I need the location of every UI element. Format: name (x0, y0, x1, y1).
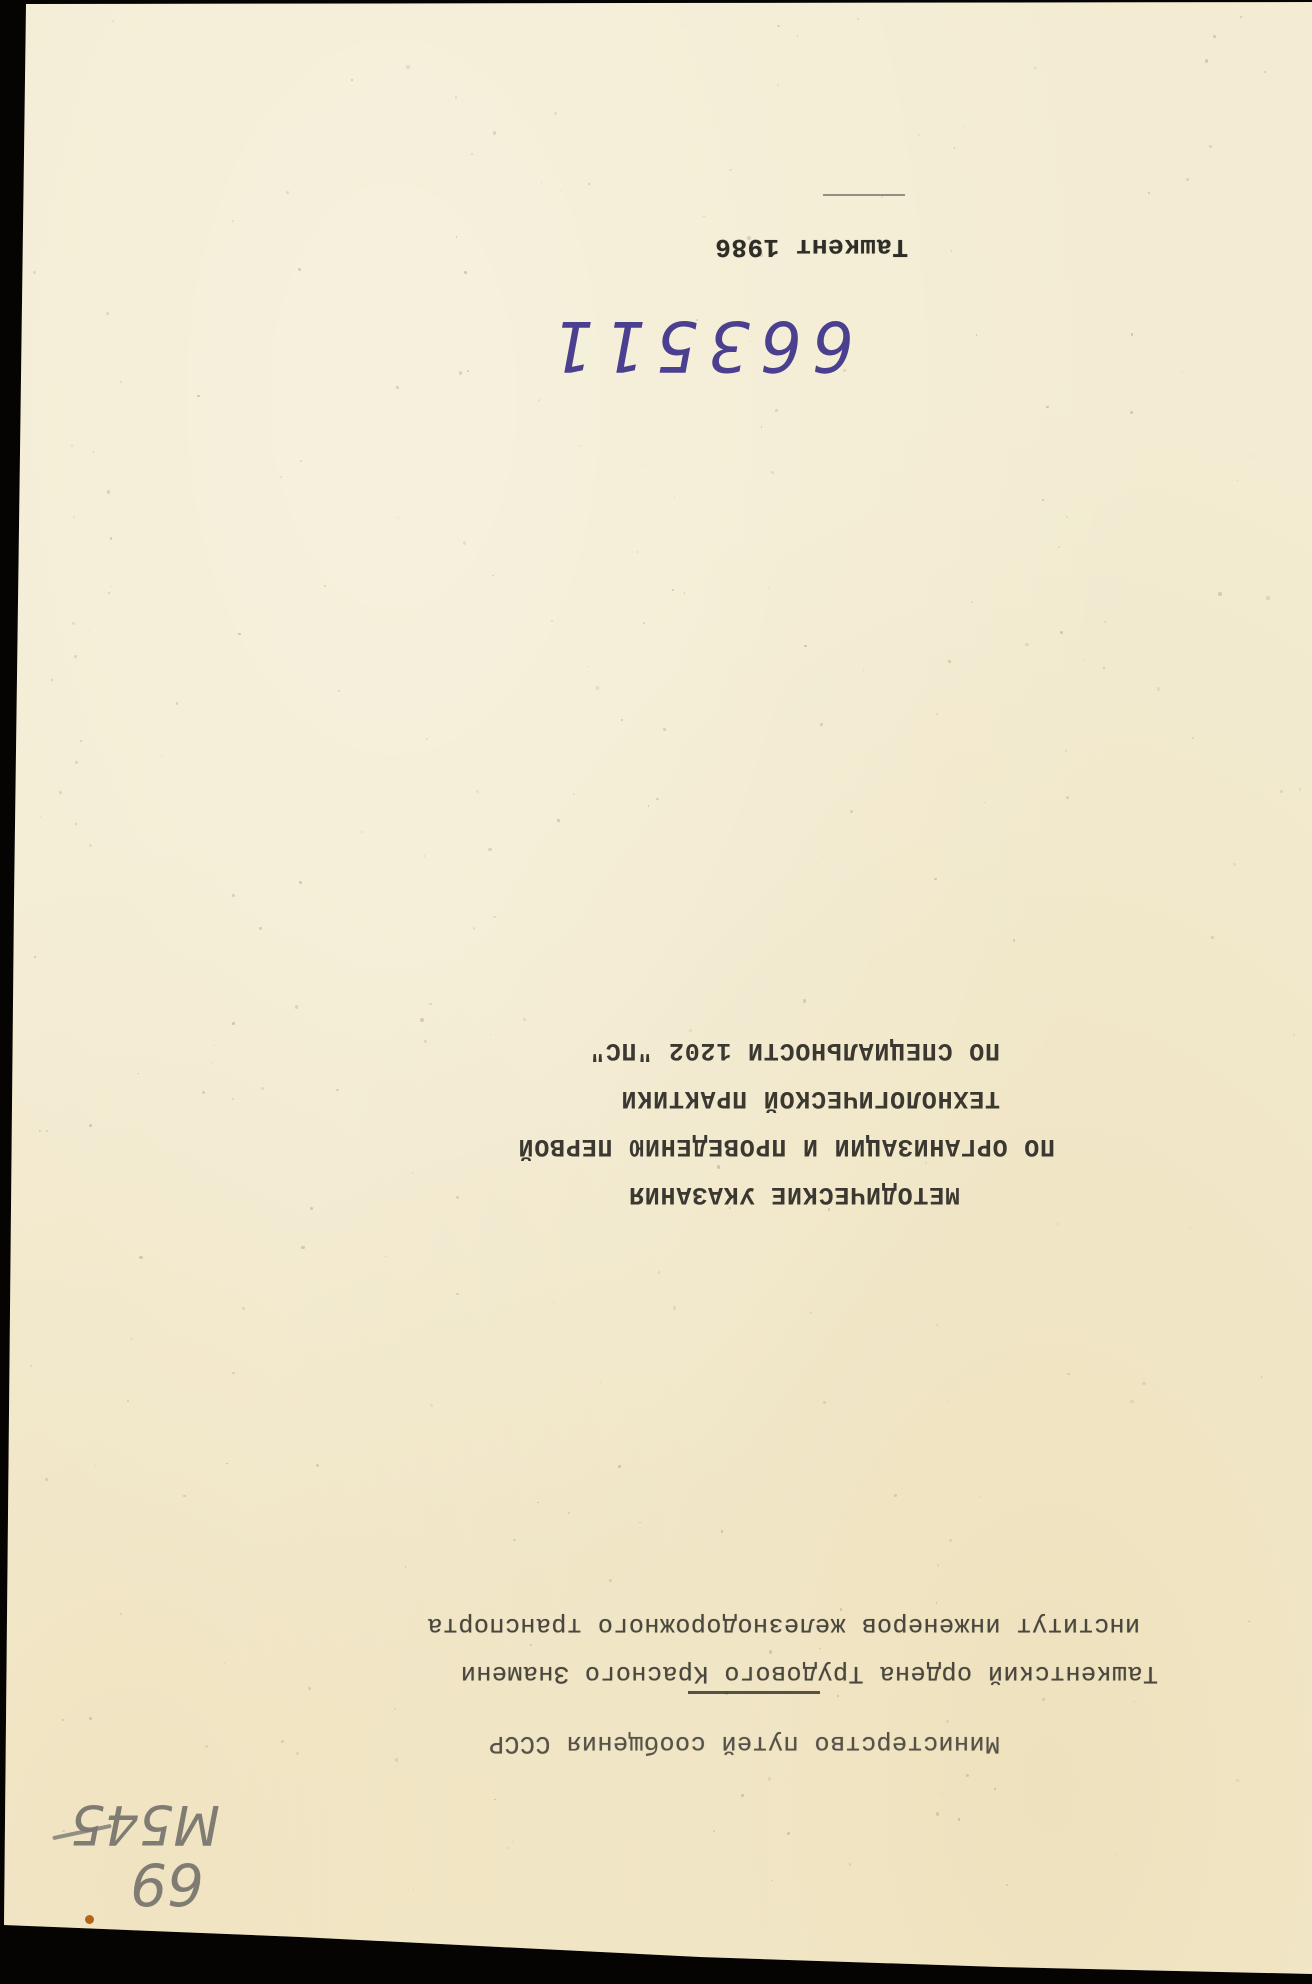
pencil-number: 69 (130, 1850, 204, 1918)
place-year-rule (823, 194, 905, 196)
pencil-catalog-code: М545 (70, 1793, 220, 1856)
title-line-4: ПО СПЕЦИАЛЬНОСТИ 1202 "ПС" (462, 1026, 1082, 1074)
rust-spot (85, 1915, 94, 1924)
scan-background: Министерство путей сообщения СССР Ташкен… (0, 0, 1312, 1984)
document-title: МЕТОДИЧЕСКИЕ УКАЗАНИЯ ПО ОРГАНИЗАЦИИ И П… (462, 1026, 1082, 1218)
title-line-2: ПО ОРГАНИЗАЦИИ И ПРОВЕДЕНИЮ ПЕРВОЙ (462, 1122, 1082, 1170)
document-content: Министерство путей сообщения СССР Ташкен… (0, 0, 1312, 1984)
title-line-1: МЕТОДИЧЕСКИЕ УКАЗАНИЯ (462, 1170, 1082, 1218)
institute-name-line-1: Ташкентский ордена Трудового Красного Зн… (460, 1659, 1158, 1688)
ministry-name: Министерство путей сообщения СССР (488, 1729, 1000, 1758)
title-line-3: ТЕХНОЛОГИЧЕСКОЙ ПРАКТИКИ (462, 1074, 1082, 1122)
place-and-year: Ташкент 1986 (715, 232, 908, 262)
handwritten-inventory-number: 663511 (542, 305, 854, 386)
institute-name-line-2: институт инженеров железнодорожного тран… (427, 1611, 1140, 1640)
header-underline (688, 1691, 820, 1694)
